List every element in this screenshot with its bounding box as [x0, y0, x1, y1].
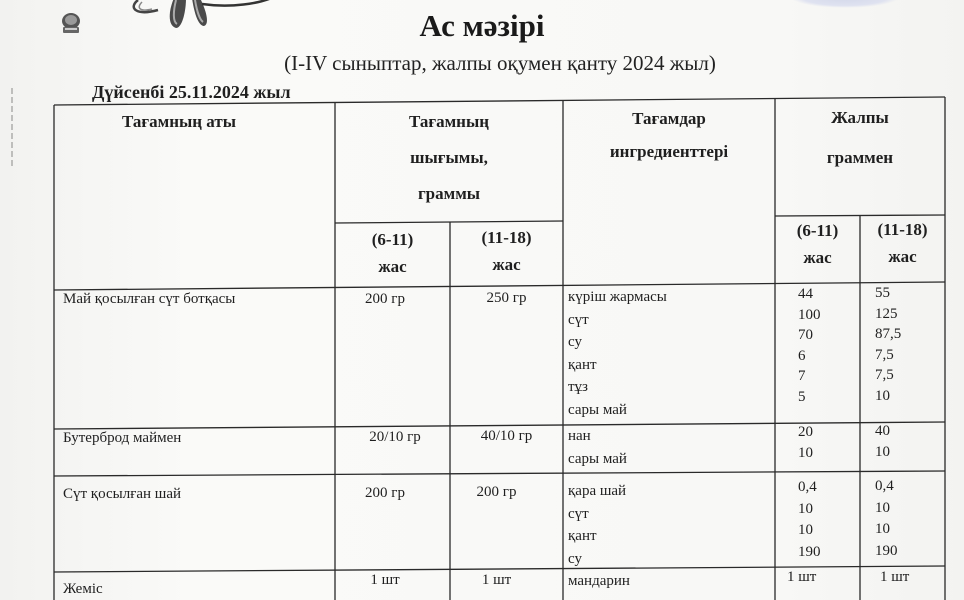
grams-11-18-list: 0,4 10 10 190	[875, 476, 898, 562]
yield-6-11: 200 гр	[335, 288, 435, 311]
grams-value: 10	[875, 519, 898, 541]
header-total-age-11-18: (11-18) жас	[860, 216, 945, 270]
age-range-label: (11-18)	[860, 216, 945, 243]
ingredient-name: мандарин	[568, 570, 630, 593]
grams-value: 190	[798, 542, 821, 564]
yield-11-18: 200 гр	[440, 481, 553, 504]
grams-value: 5	[798, 387, 821, 408]
header-ingredients: Тағамдар ингредиенттері	[563, 102, 775, 168]
yield-11-18: 40/10 гр	[450, 425, 563, 448]
grams-value: 10	[798, 443, 813, 464]
grams-value: 87,5	[875, 324, 901, 345]
menu-title: Ас мәзірі	[0, 8, 964, 44]
ingredient-name: күріш жармасы	[568, 286, 667, 309]
grams-value: 0,4	[798, 477, 821, 499]
seal-stamp	[790, 0, 900, 8]
grams-11-18-list: 1 шт	[880, 566, 909, 589]
grams-value: 125	[875, 304, 901, 325]
grams-value: 7	[798, 366, 821, 387]
menu-date: Дүйсенбі 25.11.2024 жыл	[92, 82, 291, 103]
grams-value: 20	[798, 422, 813, 443]
ingredient-name: су	[568, 331, 667, 354]
ingredient-name: қант	[568, 354, 667, 377]
ingredient-name: сүт	[568, 503, 626, 526]
grams-value: 10	[875, 498, 898, 520]
grams-value: 1 шт	[880, 566, 909, 589]
age-range-label: (6-11)	[335, 226, 450, 253]
grams-6-11-list: 20 10	[798, 422, 813, 463]
header-yield-line2: шығымы,	[335, 140, 563, 176]
ingredient-name: сары май	[568, 448, 627, 471]
grams-value: 70	[798, 325, 821, 346]
dish-name: Бутерброд маймен	[63, 427, 181, 450]
header-ingredients-line1: Тағамдар	[563, 102, 775, 135]
dish-name: Май қосылған сүт ботқасы	[63, 288, 235, 311]
grams-value: 10	[875, 442, 890, 463]
grams-value: 10	[798, 520, 821, 542]
header-total-age-6-11: (6-11) жас	[775, 217, 860, 271]
header-yield: Тағамның шығымы, граммы	[335, 104, 563, 212]
grams-6-11-list: 44 100 70 6 7 5	[798, 284, 821, 407]
dish-name: Сүт қосылған шай	[63, 483, 181, 506]
header-total-grams: Жалпы граммен	[775, 98, 945, 178]
ingredient-name: нан	[568, 425, 627, 448]
yield-11-18: 250 гр	[450, 287, 563, 310]
header-yield-age-11-18: (11-18) жас	[450, 224, 563, 278]
grams-6-11-list: 1 шт	[787, 566, 816, 589]
header-total-line2: граммен	[775, 138, 945, 178]
ingredient-name: қант	[568, 525, 626, 548]
header-dish-name: Тағамның аты	[54, 104, 304, 140]
grams-value: 7,5	[875, 345, 901, 366]
ingredient-name: қара шай	[568, 480, 626, 503]
grams-value: 55	[875, 283, 901, 304]
grams-value: 10	[875, 386, 901, 407]
ingredient-name: сары май	[568, 399, 667, 422]
ingredient-list: мандарин	[568, 570, 630, 593]
age-unit-label: жас	[860, 243, 945, 270]
grams-11-18-list: 40 10	[875, 421, 890, 462]
ingredient-name: су	[568, 548, 626, 571]
yield-6-11: 1 шт	[335, 569, 435, 592]
grams-value: 0,4	[875, 476, 898, 498]
ingredient-list: қара шай сүт қант су	[568, 480, 626, 570]
scan-edge-mark	[11, 88, 13, 168]
grams-value: 1 шт	[787, 566, 816, 589]
scanned-page: Ас мәзірі (I-IV сыныптар, жалпы оқумен қ…	[0, 0, 964, 600]
dish-name: Жеміс	[63, 578, 103, 600]
age-unit-label: жас	[335, 253, 450, 280]
grams-value: 6	[798, 346, 821, 367]
age-unit-label: жас	[775, 244, 860, 271]
grams-value: 7,5	[875, 365, 901, 386]
yield-6-11: 20/10 гр	[345, 426, 445, 449]
age-unit-label: жас	[450, 251, 563, 278]
ingredient-name: тұз	[568, 376, 667, 399]
ingredient-list: күріш жармасы сүт су қант тұз сары май	[568, 286, 667, 421]
yield-11-18: 1 шт	[440, 569, 553, 592]
age-range-label: (11-18)	[450, 224, 563, 251]
grams-value: 190	[875, 541, 898, 563]
header-yield-line3: граммы	[335, 176, 563, 212]
ingredient-list: нан сары май	[568, 425, 627, 470]
grams-11-18-list: 55 125 87,5 7,5 7,5 10	[875, 283, 901, 406]
header-yield-line1: Тағамның	[335, 104, 563, 140]
yield-6-11: 200 гр	[335, 482, 435, 505]
grams-value: 40	[875, 421, 890, 442]
grams-value: 100	[798, 305, 821, 326]
age-range-label: (6-11)	[775, 217, 860, 244]
header-total-line1: Жалпы	[775, 98, 945, 138]
header-yield-age-6-11: (6-11) жас	[335, 226, 450, 280]
grams-value: 44	[798, 284, 821, 305]
ingredient-name: сүт	[568, 309, 667, 332]
grams-6-11-list: 0,4 10 10 190	[798, 477, 821, 563]
menu-subtitle: (I-IV сыныптар, жалпы оқумен қанту 2024 …	[0, 51, 964, 76]
header-ingredients-line2: ингредиенттері	[563, 135, 775, 168]
grams-value: 10	[798, 499, 821, 521]
